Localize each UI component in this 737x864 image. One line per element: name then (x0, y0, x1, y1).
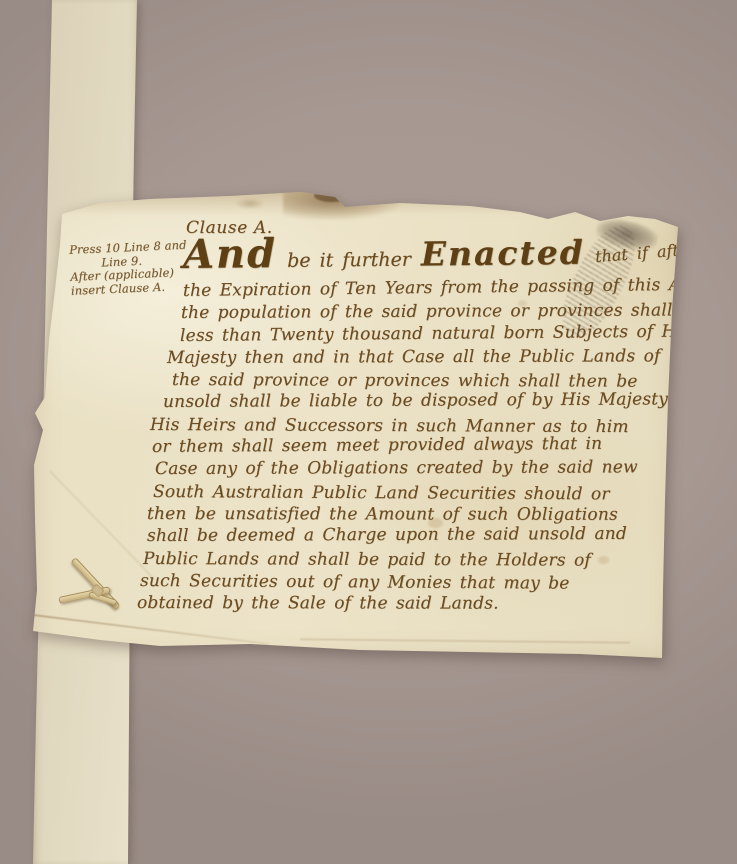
ink-stain-top-right (543, 198, 585, 214)
clause-opening-line: And be it further Enacted that if after (183, 226, 696, 278)
top-edge-discoloration (58, 190, 680, 218)
body-line: Case any of the Obligations created by t… (155, 456, 717, 480)
clause-body: the Expiration of Ten Years from the pas… (137, 280, 717, 614)
body-line: or them shall seem meet provided always … (152, 432, 717, 458)
parchment-tie (55, 548, 150, 630)
document-photograph: Press 10 Line 8 and Line 9. After (appli… (0, 0, 737, 864)
opening-tail-text: that if after (594, 239, 696, 266)
body-line: South Australian Public Land Securities … (153, 481, 717, 506)
parchment-sheet-shadow: Press 10 Line 8 and Line 9. After (appli… (0, 0, 737, 864)
body-line: Majesty then and in that Case all the Pu… (167, 345, 717, 369)
opening-word-enacted: Enacted (421, 233, 585, 274)
body-line: shall be deemed a Charge upon the said u… (147, 523, 717, 548)
opening-word-and: And (183, 230, 278, 278)
parchment-sheet: Press 10 Line 8 and Line 9. After (appli… (0, 0, 737, 864)
body-line: unsold shall be liable to be disposed of… (163, 389, 717, 414)
body-line: obtained by the Sale of the said Lands. (137, 592, 717, 615)
body-line: Public Lands and shall be paid to the Ho… (143, 548, 717, 572)
opening-connector-text: be it further (287, 249, 411, 272)
body-line: less than Twenty thousand natural born S… (180, 320, 717, 347)
